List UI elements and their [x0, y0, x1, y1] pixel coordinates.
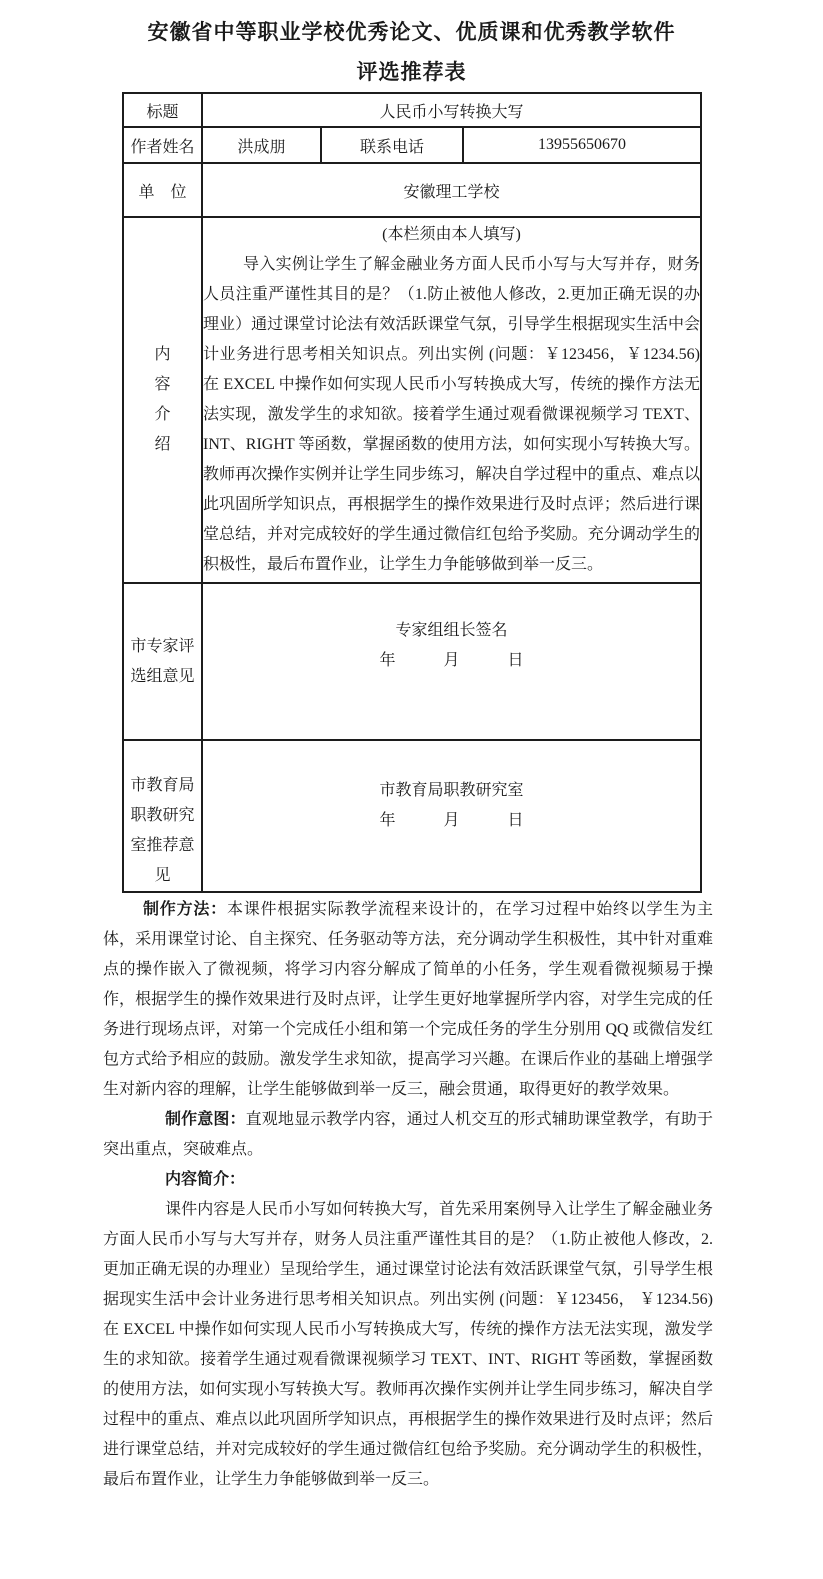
- method-body: 本课件根据实际教学流程来设计的，在学习过程中始终以学生为主体，采用课堂讨论、自主…: [103, 901, 713, 1098]
- method-heading: 制作方法：: [143, 901, 227, 918]
- phone-value-cell: 13955650670: [463, 127, 701, 163]
- content-intro-cell: (本栏须由本人填写) 导入实例让学生了解金融业务方面人民币小写与大写并存，财务人…: [202, 217, 701, 583]
- intent-heading: 制作意图：: [165, 1111, 246, 1128]
- bureau-sign-block: 市教育局职教研究室 年 月 日: [203, 776, 700, 856]
- phone-label-cell: 联系电话: [321, 127, 463, 163]
- bureau-opinion-label-line: 见: [124, 861, 201, 891]
- unit-label-cell: 单 位: [123, 163, 202, 217]
- bureau-opinion-label: 市教育局 职教研究 室推荐意 见: [123, 740, 202, 892]
- table-row-expert-opinion: 市专家评 选组意见 专家组组长签名 年 月 日: [123, 583, 701, 740]
- intent-paragraph: 制作意图：直观地显示教学内容，通过人机交互的形式辅助课堂教学，有助于突出重点，突…: [103, 1105, 713, 1165]
- bureau-sign-label: 市教育局职教研究室: [203, 776, 700, 806]
- content-intro-label-char: 介: [124, 400, 201, 430]
- content-intro-label-char: 绍: [124, 430, 201, 460]
- unit-value-cell: 安徽理工学校: [202, 163, 701, 217]
- title-value-cell: 人民币小写转换大写: [202, 93, 701, 127]
- document-title-line-1: 安徽省中等职业学校优秀论文、优质课和优秀教学软件: [0, 12, 823, 52]
- expert-sign-block: 专家组组长签名 年 月 日: [203, 616, 700, 708]
- table-row-unit: 单 位 安徽理工学校: [123, 163, 701, 217]
- expert-sign-label: 专家组组长签名: [203, 616, 700, 646]
- content-intro-note: (本栏须由本人填写): [203, 220, 700, 250]
- document-title: 安徽省中等职业学校优秀论文、优质课和优秀教学软件 评选推荐表: [0, 0, 823, 92]
- method-paragraph: 制作方法：本课件根据实际教学流程来设计的，在学习过程中始终以学生为主体，采用课堂…: [103, 895, 713, 1105]
- content-intro-label-char: 内: [124, 340, 201, 370]
- table-row-content-intro: 内 容 介 绍 (本栏须由本人填写) 导入实例让学生了解金融业务方面人民币小写与…: [123, 217, 701, 583]
- table-row-author: 作者姓名 洪成朋 联系电话 13955650670: [123, 127, 701, 163]
- expert-date-line: 年 月 日: [203, 646, 700, 676]
- author-label-cell: 作者姓名: [123, 127, 202, 163]
- document-title-line-2: 评选推荐表: [0, 52, 823, 92]
- summary-heading: 内容简介：: [103, 1165, 713, 1195]
- bureau-opinion-label-line: 职教研究: [124, 801, 201, 831]
- table-row-bureau-opinion: 市教育局 职教研究 室推荐意 见 市教育局职教研究室 年 月 日: [123, 740, 701, 892]
- bureau-opinion-cell: 市教育局职教研究室 年 月 日: [202, 740, 701, 892]
- content-intro-label: 内 容 介 绍: [123, 217, 202, 583]
- summary-paragraph: 课件内容是人民币小写如何转换大写，首先采用案例导入让学生了解金融业务方面人民币小…: [103, 1195, 713, 1495]
- bureau-date-line: 年 月 日: [203, 806, 700, 836]
- content-intro-text: 导入实例让学生了解金融业务方面人民币小写与大写并存，财务人员注重严谨性其目的是？…: [203, 250, 700, 580]
- expert-opinion-cell: 专家组组长签名 年 月 日: [202, 583, 701, 740]
- title-label-cell: 标题: [123, 93, 202, 127]
- description-sections: 制作方法：本课件根据实际教学流程来设计的，在学习过程中始终以学生为主体，采用课堂…: [103, 895, 713, 1495]
- expert-opinion-label-line: 市专家评: [124, 632, 201, 662]
- table-row-title: 标题 人民币小写转换大写: [123, 93, 701, 127]
- author-name-cell: 洪成朋: [202, 127, 321, 163]
- bureau-opinion-label-line: 室推荐意: [124, 831, 201, 861]
- expert-opinion-label-line: 选组意见: [124, 662, 201, 692]
- expert-opinion-label: 市专家评 选组意见: [123, 583, 202, 740]
- bureau-opinion-label-line: 市教育局: [124, 771, 201, 801]
- recommendation-form-table: 标题 人民币小写转换大写 作者姓名 洪成朋 联系电话 13955650670 单…: [122, 92, 702, 893]
- document-page: { "title": { "line1": "安徽省中等职业学校优秀论文、优质课…: [0, 0, 823, 1579]
- content-intro-label-char: 容: [124, 370, 201, 400]
